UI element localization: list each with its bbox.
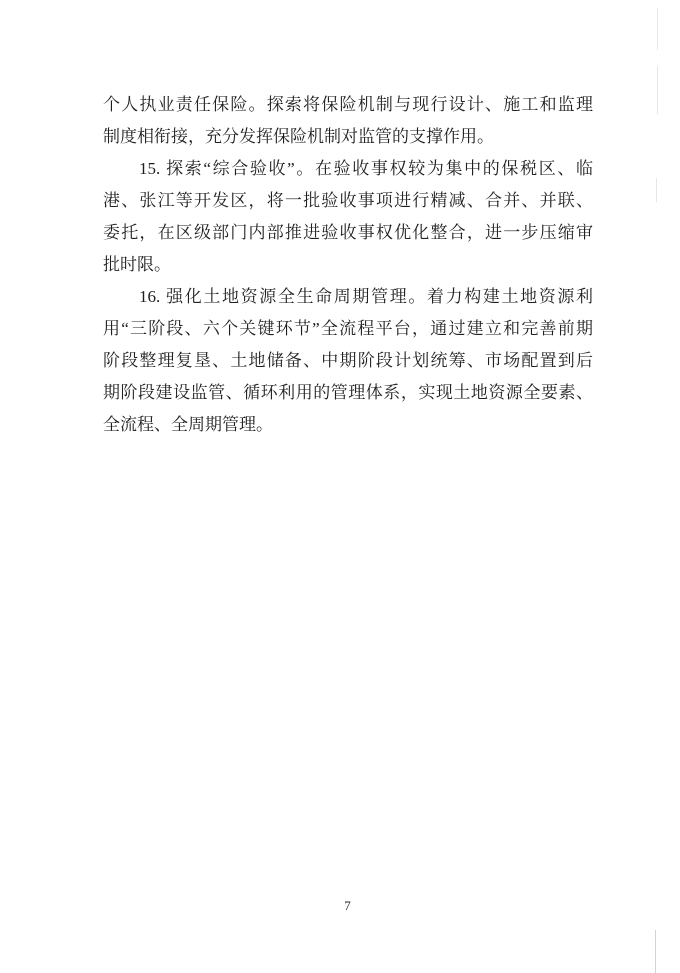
- text-line: 委托，在区级部门内部推进验收事权优化整合，进一步压缩审: [103, 217, 593, 249]
- document-body: 个人执业责任保险。探索将保险机制与现行设计、施工和监理制度相衔接，充分发挥保险机…: [103, 89, 593, 441]
- document-page: 个人执业责任保险。探索将保险机制与现行设计、施工和监理制度相衔接，充分发挥保险机…: [0, 0, 680, 973]
- text-line: 港、张江等开发区，将一批验收事项进行精减、合并、并联、: [103, 185, 593, 217]
- text-line: 全流程、全周期管理。: [103, 409, 593, 441]
- text-line: 批时限。: [103, 249, 593, 281]
- scan-artifact-line: [655, 930, 656, 973]
- scan-artifact-line: [656, 178, 657, 202]
- page-number: 7: [103, 898, 593, 914]
- text-line: 个人执业责任保险。探索将保险机制与现行设计、施工和监理: [103, 89, 593, 121]
- text-line: 用“三阶段、六个关键环节”全流程平台，通过建立和完善前期: [103, 313, 593, 345]
- text-line: 制度相衔接，充分发挥保险机制对监管的支撑作用。: [103, 121, 593, 153]
- text-line: 期阶段建设监管、循环利用的管理体系，实现土地资源全要素、: [103, 377, 593, 409]
- text-line: 阶段整理复垦、土地储备、中期阶段计划统筹、市场配置到后: [103, 345, 593, 377]
- scan-artifact-line: [657, 8, 658, 50]
- text-line: 16. 强化土地资源全生命周期管理。着力构建土地资源利: [103, 281, 593, 313]
- scan-artifact-line: [657, 66, 658, 114]
- text-line: 15. 探索“综合验收”。在验收事权较为集中的保税区、临: [103, 153, 593, 185]
